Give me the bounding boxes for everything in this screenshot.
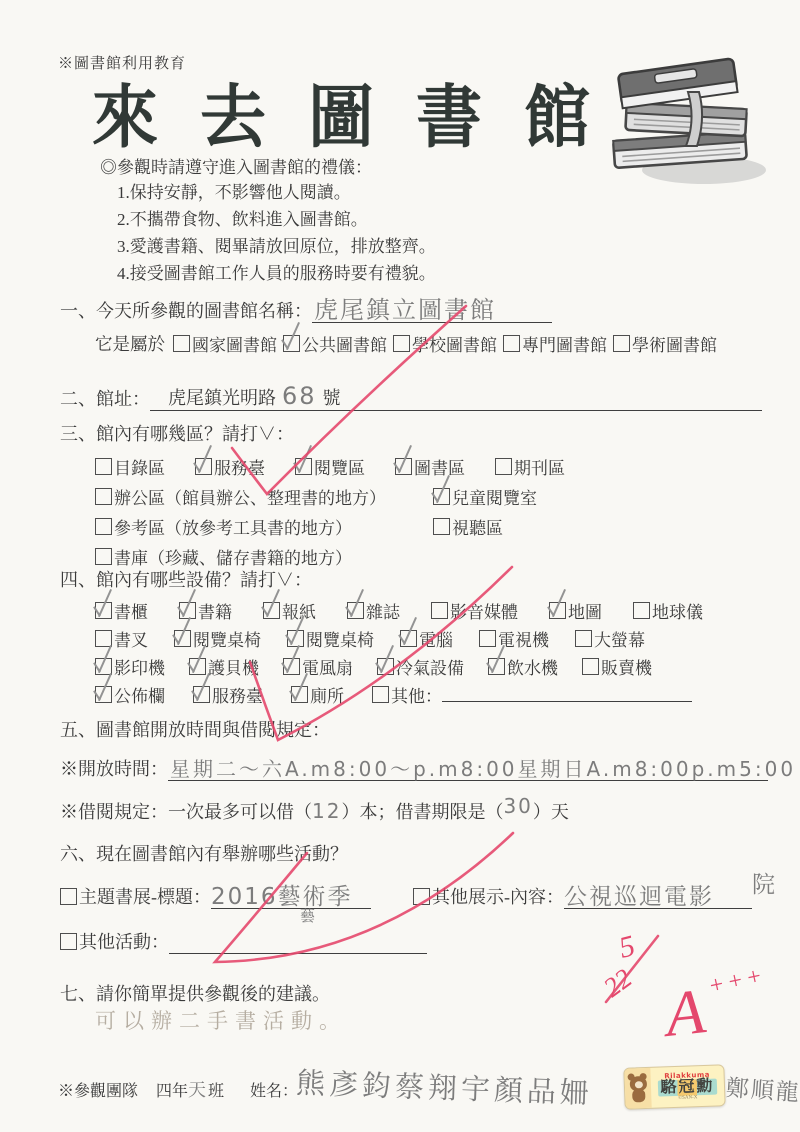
q3-checkbox-reading-area[interactable]: 閱覽區 xyxy=(295,454,365,479)
checkbox-label: 服務臺 xyxy=(214,454,265,479)
q5-borrow-line: ※借閱規定：一次最多可以借（12）本；借書期限是（30）天 xyxy=(60,798,569,824)
extra-student-name: 鄭順龍 xyxy=(725,1069,800,1107)
checkbox[interactable] xyxy=(613,335,630,352)
q4-checkbox-toilet[interactable]: 廁所 xyxy=(291,682,344,707)
checkbox-label: 專門圖書館 xyxy=(522,331,607,356)
checkbox[interactable] xyxy=(95,548,112,565)
q6-line2: 其他活動： xyxy=(60,928,427,954)
checkbox[interactable] xyxy=(479,630,496,647)
etiquette-rule: 4.接受圖書館工作人員的服務時要有禮貌。 xyxy=(117,260,436,287)
class-suffix: 班 xyxy=(208,1083,224,1100)
checkbox[interactable] xyxy=(372,686,389,703)
q3-row4: 書庫（珍藏、儲存書籍的地方） xyxy=(95,539,565,569)
checkbox-label: 地圖 xyxy=(568,598,602,623)
q2-number: 68 xyxy=(282,382,317,410)
q5-open-field[interactable]: 星期二～六A.m8:00～p.m8:00星期日A.m8:00p.m5:00 xyxy=(168,748,768,781)
checkbox-label: 國家圖書館 xyxy=(192,331,277,356)
q3-checkbox-catalog[interactable]: 目錄區 xyxy=(95,454,165,479)
checkbox[interactable] xyxy=(431,602,448,619)
q6-checkbox-book-fair[interactable]: 主題書展-標題： xyxy=(60,883,211,909)
q4-checkbox-map[interactable]: 地圖 xyxy=(549,598,602,623)
q5-borrow-label-1: ※借閱規定：一次最多可以借（ xyxy=(60,802,312,822)
q3-checkbox-book-area[interactable]: 圖書區 xyxy=(395,454,465,479)
rilakkuma-name-sticker: Rilakkuma 駱冠勳 ©SAN-X xyxy=(623,1064,725,1109)
checkbox[interactable] xyxy=(174,630,191,647)
checkbox[interactable] xyxy=(633,602,650,619)
q3-checkbox-office[interactable]: 辦公區（館員辦公、整理書的地方） xyxy=(95,484,433,509)
red-date-day: 22 xyxy=(598,963,637,1003)
q2-suffix: 號 xyxy=(323,388,341,408)
q3-row1: 目錄區 服務臺 閱覽區 圖書區 期刊區 xyxy=(95,449,565,479)
q4-checkbox-bulletin[interactable]: 公佈欄 xyxy=(95,682,165,707)
q1-checkbox-national[interactable]: 國家圖書館 xyxy=(173,331,277,356)
q2-answer-field[interactable]: 虎尾鎮光明路68號 xyxy=(150,380,762,411)
checkbox[interactable] xyxy=(400,630,417,647)
checkbox[interactable] xyxy=(179,602,196,619)
q4-header: 四、館內有哪些設備？請打∨： xyxy=(60,566,312,592)
checkbox[interactable] xyxy=(433,518,450,535)
etiquette-rule: 3.愛護書籍、閱畢請放回原位，排放整齊。 xyxy=(117,233,436,260)
q4-checkbox-magazine[interactable]: 雜誌 xyxy=(347,598,400,623)
q3-checkbox-audiovisual[interactable]: 視聽區 xyxy=(433,514,503,539)
checkbox-label: 其他展示-內容： xyxy=(432,883,564,909)
q7-header: 七、請你簡單提供參觀後的建議。 xyxy=(60,980,330,1006)
checkbox[interactable] xyxy=(95,458,112,475)
checkbox-label: 主題書展-標題： xyxy=(79,883,211,909)
q1-checkbox-special[interactable]: 專門圖書館 xyxy=(503,331,607,356)
q4-checkbox-computer[interactable]: 電腦 xyxy=(400,626,453,651)
sticker-text: Rilakkuma 駱冠勳 ©SAN-X xyxy=(651,1071,725,1102)
checkbox[interactable] xyxy=(377,658,394,675)
q4-checkbox-copier[interactable]: 影印機 xyxy=(95,654,165,679)
checkbox[interactable] xyxy=(283,335,300,352)
checkbox[interactable] xyxy=(173,335,190,352)
q6-book-fair-answer: 2016藝術季 xyxy=(211,878,353,911)
q1-label: 一、今天所參觀的圖書館名稱： xyxy=(60,301,312,321)
q6-line1: 主題書展-標題：2016藝術季 其他展示-內容：公視巡迴電影院 xyxy=(60,876,777,909)
q4-checkbox-laminator[interactable]: 護貝機 xyxy=(189,654,259,679)
q4-checkbox-newspaper[interactable]: 報紙 xyxy=(263,598,316,623)
red-grade-pluses: +++ xyxy=(706,962,768,999)
checkbox[interactable] xyxy=(95,488,112,505)
q1-checkbox-school[interactable]: 學校圖書館 xyxy=(393,331,497,356)
footer-line: ※參觀團隊 四年天班 姓名： xyxy=(58,1076,298,1102)
q3-checkbox-periodical[interactable]: 期刊區 xyxy=(495,454,565,479)
checkbox[interactable] xyxy=(60,933,77,950)
q6-checkbox-other-display[interactable]: 其他展示-內容： xyxy=(413,883,564,909)
checkbox-label: 雜誌 xyxy=(366,598,400,623)
q4-checkbox-globe[interactable]: 地球儀 xyxy=(633,598,703,623)
q3-checkbox-service-desk[interactable]: 服務臺 xyxy=(195,454,265,479)
checkbox-label: 參考區（放參考工具書的地方） xyxy=(114,514,352,539)
checkbox-label: 販賣機 xyxy=(601,654,652,679)
class-prefix: 四年 xyxy=(156,1083,188,1100)
q1-types-row: 它是屬於 國家圖書館 公共圖書館 學校圖書館 專門圖書館 學術圖書館 xyxy=(95,331,717,356)
etiquette-rules: 1.保持安靜，不影響他人閱讀。 2.不攜帶食物、飲料進入圖書館。 3.愛護書籍、… xyxy=(117,179,436,287)
q4-checkbox-service-desk[interactable]: 服務臺 xyxy=(193,682,263,707)
q4-checkbox-water-fountain[interactable]: 飲水機 xyxy=(488,654,558,679)
q3-rows: 目錄區 服務臺 閱覽區 圖書區 期刊區 辦公區（館員辦公、整理書的地方） 兒童閱… xyxy=(95,449,565,569)
checkbox-label: 電視機 xyxy=(498,626,549,651)
checkbox[interactable] xyxy=(263,602,280,619)
checkbox[interactable] xyxy=(95,602,112,619)
q1-line: 一、今天所參觀的圖書館名稱：虎尾鎮立圖書館 xyxy=(60,292,552,323)
q6-other-display-field[interactable]: 公視巡迴電影 xyxy=(564,878,752,909)
sticker-owner-name: 駱冠勳 xyxy=(658,1079,717,1097)
q4-other-field[interactable] xyxy=(442,681,692,702)
q1-answer-field[interactable]: 虎尾鎮立圖書館 xyxy=(312,292,552,323)
q5-borrow-num-1: 12 xyxy=(312,799,341,823)
checkbox-label: 報紙 xyxy=(282,598,316,623)
q4-checkbox-fan[interactable]: 電風扇 xyxy=(283,654,353,679)
checkbox-label: 大螢幕 xyxy=(594,626,645,651)
checkbox[interactable] xyxy=(495,458,512,475)
checkbox-label: 飲水機 xyxy=(507,654,558,679)
checkbox-label: 公佈欄 xyxy=(114,682,165,707)
checkbox[interactable] xyxy=(575,630,592,647)
checkbox-label: 辦公區（館員辦公、整理書的地方） xyxy=(114,484,386,509)
checkbox-label: 電風扇 xyxy=(302,654,353,679)
q5-open-label: ※開放時間： xyxy=(60,759,168,779)
class-name: 四年天班 xyxy=(156,1083,224,1100)
book-stack-illustration xyxy=(600,50,772,188)
q3-row2: 辦公區（館員辦公、整理書的地方） 兒童閱覽室 xyxy=(95,479,565,509)
checkbox[interactable] xyxy=(60,888,77,905)
q6-other-display-answer: 公視巡迴電影 xyxy=(564,878,714,911)
checkbox[interactable] xyxy=(195,458,212,475)
q2-label: 二、館址： xyxy=(60,389,150,409)
q6-header: 六、現在圖書館內有舉辦哪些活動？ xyxy=(60,840,348,866)
red-date-slash xyxy=(606,936,658,1002)
etiquette-rule: 2.不攜帶食物、飲料進入圖書館。 xyxy=(117,206,436,233)
rilakkuma-bear-icon xyxy=(624,1068,651,1109)
checkbox-label: 地球儀 xyxy=(652,598,703,623)
etiquette-header: ◎參觀時請遵守進入圖書館的禮儀： xyxy=(100,153,372,178)
q1-checkbox-academic[interactable]: 學術圖書館 xyxy=(613,331,717,356)
student-names: 熊彥鈞蔡翔宇顏品姍 xyxy=(295,1061,593,1112)
q4-checkbox-big-screen[interactable]: 大螢幕 xyxy=(575,626,645,651)
q5-borrow-label-3: ）天 xyxy=(533,802,569,822)
checkbox[interactable] xyxy=(393,335,410,352)
q6-correction-char: 藝 xyxy=(300,905,317,926)
checkbox[interactable] xyxy=(433,488,450,505)
q4-checkbox-other[interactable]: 其他： xyxy=(372,681,692,707)
q6-other-activity-field[interactable] xyxy=(169,929,427,954)
q4-checkbox-bookshelf[interactable]: 書櫃 xyxy=(95,598,148,623)
checkbox-label: 冷氣設備 xyxy=(396,654,464,679)
q3-row3: 參考區（放參考工具書的地方） 視聽區 xyxy=(95,509,565,539)
q4-checkbox-bookmark-fork[interactable]: 書叉 xyxy=(95,626,148,651)
q5-borrow-num-2: 30 xyxy=(503,794,532,818)
q5-open-line: ※開放時間：星期二～六A.m8:00～p.m8:00星期日A.m8:00p.m5… xyxy=(60,748,768,781)
q6-book-fair-field[interactable]: 2016藝術季 xyxy=(211,878,371,909)
name-label: 姓名： xyxy=(250,1083,298,1100)
q1-answer-text: 虎尾鎮立圖書館 xyxy=(314,290,496,325)
checkbox-label: 閱覽區 xyxy=(314,454,365,479)
checkbox-label: 影音媒體 xyxy=(450,598,518,623)
checkbox-label: 其他活動： xyxy=(79,928,169,954)
q5-open-answer: 星期二～六A.m8:00～p.m8:00星期日A.m8:00p.m5:00 xyxy=(170,753,796,782)
checkbox-label: 公共圖書館 xyxy=(302,331,387,356)
checkbox[interactable] xyxy=(283,658,300,675)
q5-header: 五、圖書館開放時間與借閱規定： xyxy=(60,716,330,742)
red-date-month: 5 xyxy=(616,929,639,965)
checkbox-label: 護貝機 xyxy=(208,654,259,679)
q3-checkbox-children-room[interactable]: 兒童閱覽室 xyxy=(433,484,537,509)
checkbox[interactable] xyxy=(395,458,412,475)
checkbox-label: 書櫃 xyxy=(114,598,148,623)
checkbox[interactable] xyxy=(189,658,206,675)
q3-header: 三、館內有哪幾區？請打∨： xyxy=(60,420,294,446)
q1-type-label: 它是屬於 xyxy=(95,331,165,356)
q4-row2: 書叉 閱覽桌椅 閱覽桌椅 電腦 電視機 大螢幕 xyxy=(95,623,703,651)
q4-checkbox-reading-table-2[interactable]: 閱覽桌椅 xyxy=(287,626,374,651)
q6-checkbox-other-activity[interactable]: 其他活動： xyxy=(60,928,169,954)
q3-checkbox-reference[interactable]: 參考區（放參考工具書的地方） xyxy=(95,514,433,539)
checkbox-label: 閱覽桌椅 xyxy=(306,626,374,651)
checkbox-label: 期刊區 xyxy=(514,454,565,479)
checkbox[interactable] xyxy=(287,630,304,647)
checkbox-label: 學術圖書館 xyxy=(632,331,717,356)
checkbox-label: 其他： xyxy=(391,682,442,707)
checkbox-label: 目錄區 xyxy=(114,454,165,479)
q4-row4: 公佈欄 服務臺 廁所 其他： xyxy=(95,679,703,707)
checkbox-label: 書籍 xyxy=(198,598,232,623)
checkbox-label: 廁所 xyxy=(310,682,344,707)
q1-checkbox-public[interactable]: 公共圖書館 xyxy=(283,331,387,356)
q4-checkbox-reading-table-1[interactable]: 閱覽桌椅 xyxy=(174,626,261,651)
checkbox-label: 服務臺 xyxy=(212,682,263,707)
q4-checkbox-tv[interactable]: 電視機 xyxy=(479,626,549,651)
checkbox[interactable] xyxy=(291,686,308,703)
checkbox-label: 視聽區 xyxy=(452,514,503,539)
q5-borrow-label-2: ）本；借書期限是（ xyxy=(341,802,503,822)
class-hand: 天 xyxy=(188,1080,208,1101)
q2-line: 二、館址：虎尾鎮光明路68號 xyxy=(60,380,762,411)
checkbox-label: 學校圖書館 xyxy=(412,331,497,356)
checkbox-label: 電腦 xyxy=(419,626,453,651)
etiquette-rule: 1.保持安靜，不影響他人閱讀。 xyxy=(117,179,436,206)
q2-street: 虎尾鎮光明路 xyxy=(168,388,276,408)
q6-other-display-answer-tail: 院 xyxy=(752,866,777,899)
checkbox[interactable] xyxy=(193,686,210,703)
q4-checkbox-vending[interactable]: 販賣機 xyxy=(582,654,652,679)
checkbox-label: 圖書區 xyxy=(414,454,465,479)
red-grade-letter: A xyxy=(658,975,709,1050)
checkbox[interactable] xyxy=(413,888,430,905)
q4-row1: 書櫃 書籍 報紙 雜誌 影音媒體 地圖 地球儀 xyxy=(95,595,703,623)
checkbox[interactable] xyxy=(503,335,520,352)
q2-answer-text: 虎尾鎮光明路68號 xyxy=(168,382,341,410)
q4-row3: 影印機 護貝機 電風扇 冷氣設備 飲水機 販賣機 xyxy=(95,651,703,679)
checkbox-label: 影印機 xyxy=(114,654,165,679)
page-title: 來去圖書館 xyxy=(92,62,632,161)
team-label: ※參觀團隊 xyxy=(58,1083,138,1100)
checkbox[interactable] xyxy=(488,658,505,675)
q4-checkbox-aircon[interactable]: 冷氣設備 xyxy=(377,654,464,679)
checkbox-label: 書叉 xyxy=(114,626,148,651)
checkbox[interactable] xyxy=(347,602,364,619)
checkbox-label: 兒童閱覽室 xyxy=(452,484,537,509)
checkbox[interactable] xyxy=(95,518,112,535)
checkbox[interactable] xyxy=(295,458,312,475)
q4-checkbox-media[interactable]: 影音媒體 xyxy=(431,598,518,623)
q4-rows: 書櫃 書籍 報紙 雜誌 影音媒體 地圖 地球儀 書叉 閱覽桌椅 閱覽桌椅 電腦 … xyxy=(95,595,703,707)
checkbox[interactable] xyxy=(549,602,566,619)
checkbox[interactable] xyxy=(95,686,112,703)
q7-answer: 可以辦二手書活動。 xyxy=(95,1005,347,1035)
worksheet-page: ※圖書館利用教育 來去圖書館 ◎參觀時請遵守進入圖書館的禮儀： 1.保持安靜，不… xyxy=(0,0,800,1132)
checkbox[interactable] xyxy=(582,658,599,675)
